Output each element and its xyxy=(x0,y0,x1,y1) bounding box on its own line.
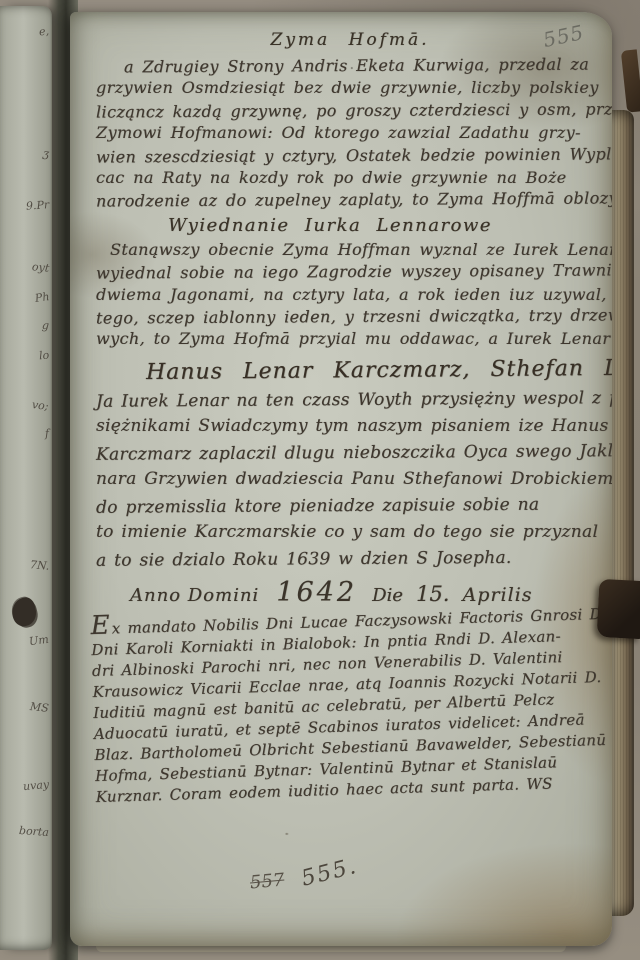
margin-fragment: e, xyxy=(38,26,49,38)
text-line: do przemisslia ktore pieniadze zapisuie … xyxy=(96,491,604,521)
text-line: nara Grzywien dwadziescia Panu Sthefanow… xyxy=(96,466,604,493)
text-line: wyiednal sobie na iego Zagrodzie wyszey … xyxy=(96,260,604,286)
manuscript-text: Zyma Hofmā. a Zdrugiey Strony Andris Eke… xyxy=(96,28,604,808)
margin-fragment: vo; xyxy=(32,399,50,412)
margin-fragment: uvay xyxy=(22,779,49,792)
entry-heading-wyiednanie: Wyiednanie Iurka Lennarowe xyxy=(168,215,604,236)
entry-heading-hanus-lenar: Hanus Lenar Karczmarz, Sthefan Drobiczki xyxy=(146,356,604,385)
dateline-die: Die xyxy=(372,585,403,606)
text-line: Karczmarz zaplaczil dlugu nieboszczika O… xyxy=(96,438,604,468)
folio-number-crossed-out: 557 xyxy=(249,870,285,894)
text-line: Stanąwszy obecnie Zyma Hoffman wyznal ze… xyxy=(96,239,604,261)
leather-cover-corner xyxy=(597,579,640,639)
text-line: grzywien Osmdziesiąt bez dwie grzywnie, … xyxy=(96,77,604,99)
paragraph-lease-record: Stanąwszy obecnie Zyma Hoffman wyznal ze… xyxy=(96,239,604,351)
text-line: cac na Raty na kozdy rok po dwie grzywni… xyxy=(96,167,604,189)
text-line: a Zdrugiey Strony Andris Eketa Kurwiga, … xyxy=(96,53,604,79)
text-line: dwiema Jagonami, na cztyry lata, a rok i… xyxy=(96,284,604,306)
photo-scene: e, ʒ 9.Pr oyt Ph g lo vo; f 7N. Um MS uv… xyxy=(0,0,640,960)
margin-fragment: Ph xyxy=(34,291,50,304)
dateline-day: 15. xyxy=(416,582,449,606)
folio-number-bottom: 557 555. xyxy=(250,868,360,893)
margin-fragment: oyt xyxy=(31,261,49,274)
text-line: siężnikami Swiadczymy tym naszym pisanie… xyxy=(96,413,604,440)
margin-fragment: f xyxy=(45,428,50,439)
paragraph-sale-record: a Zdrugiey Strony Andris Eketa Kurwiga, … xyxy=(96,55,604,212)
margin-fragment: g xyxy=(42,320,50,331)
margin-fragment: Um xyxy=(29,634,50,647)
text-line: wien szescdziesiąt y cztyry, Ostatek bed… xyxy=(96,143,604,169)
text-line: narodzenie az do zupelney zaplaty, to Zy… xyxy=(96,188,604,214)
margin-fragment: borta xyxy=(19,825,50,838)
manuscript-page: Zyma Hofmā. a Zdrugiey Strony Andris Eke… xyxy=(70,12,612,946)
text-line: tego, sczep iablonny ieden, y trzesni dw… xyxy=(96,305,604,331)
text-line: wych, to Zyma Hofmā przyial mu oddawac, … xyxy=(96,328,604,350)
text-line: to imienie Karczmarskie co y sam do tego… xyxy=(96,519,604,546)
dateline-year: 1642 xyxy=(276,577,357,608)
entry-heading-zyma-hofman: Zyma Hofmā. xyxy=(96,30,604,50)
margin-fragment: 9.Pr xyxy=(25,199,49,212)
text-line: Zymowi Hofmanowi: Od ktorego zawzial Zad… xyxy=(96,122,604,144)
previous-page-edge: e, ʒ 9.Pr oyt Ph g lo vo; f 7N. Um MS uv… xyxy=(0,6,52,950)
margin-fragment: lo xyxy=(38,350,49,362)
text-line: licząncz kazdą grzywnę, po groszy czterd… xyxy=(96,98,604,124)
paragraph-debt-attestation: Ja Iurek Lenar na ten czass Woyth przysi… xyxy=(96,387,604,573)
dateline-prefix: Anno Domini xyxy=(130,585,259,606)
margin-fragment: MS xyxy=(30,701,50,714)
ink-blot xyxy=(9,596,39,629)
paragraph-latin-court-record: Ex mandato Nobilis Dni Lucae Faczysowski… xyxy=(90,601,603,808)
binding-edge xyxy=(621,49,640,112)
margin-fragment: 7N. xyxy=(29,559,49,572)
text-line: a to sie dzialo Roku 1639 w dzien S Jose… xyxy=(96,544,604,574)
margin-fragment: ʒ xyxy=(42,148,50,160)
text-line: Ja Iurek Lenar na ten czass Woyth przysi… xyxy=(96,385,604,415)
